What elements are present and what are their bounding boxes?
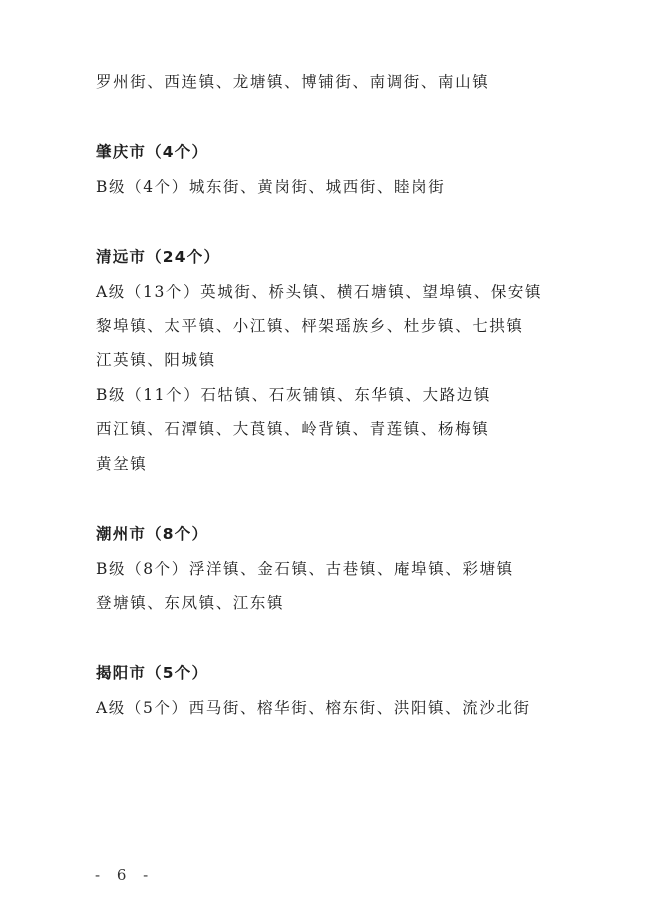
text-line: B级（8个）浮洋镇、金石镇、古巷镇、庵埠镇、彩塘镇 [96, 559, 514, 579]
text-line: 罗州街、西连镇、龙塘镇、博铺街、南调街、南山镇 [96, 72, 489, 92]
section-heading-qingyuan: 清远市（24个） [96, 247, 220, 267]
page-number: - 6 - [95, 866, 154, 884]
text-line: 西江镇、石潭镇、大莨镇、岭背镇、青莲镇、杨梅镇 [96, 419, 489, 439]
text-line: 黎埠镇、太平镇、小江镇、枰架瑶族乡、杜步镇、七拱镇 [96, 316, 524, 336]
text-line: 登塘镇、东凤镇、江东镇 [96, 593, 284, 613]
section-heading-chaozhou: 潮州市（8个） [96, 524, 208, 544]
text-line: 黄坌镇 [96, 454, 147, 474]
section-heading-zhaoqing: 肇庆市（4个） [96, 142, 208, 162]
section-heading-jieyang: 揭阳市（5个） [96, 663, 208, 683]
text-line: A级（13个）英城街、桥头镇、横石塘镇、望埠镇、保安镇 [96, 282, 542, 302]
text-line: B级（11个）石牯镇、石灰铺镇、东华镇、大路边镇 [96, 385, 491, 405]
text-line: 江英镇、阳城镇 [96, 350, 216, 370]
text-line: A级（5个）西马街、榕华街、榕东街、洪阳镇、流沙北街 [96, 698, 531, 718]
text-line: B级（4个）城东街、黄岗街、城西街、睦岗街 [96, 177, 445, 197]
